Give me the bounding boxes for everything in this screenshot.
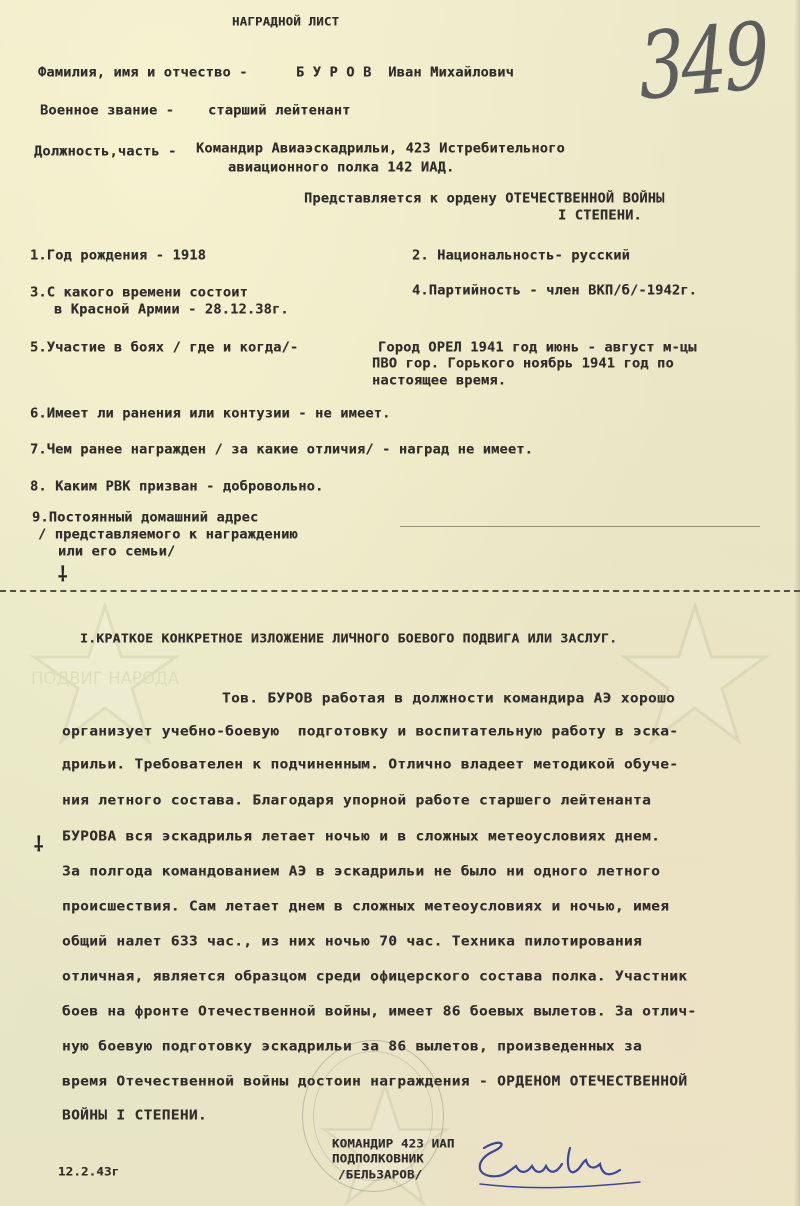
merits-line: ния летного состава. Благодаря упорной р… [62, 793, 651, 808]
award-sheet-page: ПОДВИГ НАРОДА НАГРАДНОЙ ЛИСТ 349 Фамилия… [0, 0, 800, 1206]
merits-line: ВОЙНЫ I СТЕПЕНИ. [62, 1108, 207, 1123]
position-value-line-1: Командир Авиаэскадрильи, 423 Истребитель… [196, 141, 565, 156]
merits-line: БУРОВА вся эскадрилья летает ночью и в с… [62, 829, 660, 844]
document-title: НАГРАДНОЙ ЛИСТ [232, 14, 339, 28]
merits-line: дрильи. Требователен к подчиненным. Отли… [62, 757, 678, 772]
merits-line: боев на фронте Отечественной войны, имее… [62, 1004, 696, 1019]
commander-title: КОМАНДИР 423 ИАП [332, 1136, 455, 1150]
position-label: Должность,часть - [34, 144, 177, 159]
award-nomination-line-2: I СТЕПЕНИ. [558, 208, 642, 223]
commander-name: /БЕЛЬЗАРОВ/ [338, 1167, 422, 1181]
merits-line: организует учебно-боевую подготовку и во… [62, 724, 678, 739]
field-home-address-line-3: или его семьи/ [58, 544, 175, 559]
full-name-value: Б У Р О В Иван Михайлович [296, 65, 514, 80]
signature [470, 1134, 650, 1194]
section-separator [0, 590, 800, 592]
svg-text:ПОДВИГ НАРОДА: ПОДВИГ НАРОДА [31, 669, 180, 688]
address-blank-line [400, 526, 760, 527]
rank-label: Военное звание - [40, 103, 174, 118]
page-edge-shadow [794, 0, 800, 1206]
field-birth-year: 1.Год рождения - 1918 [30, 248, 206, 263]
field-service-since-line-2: в Красной Армии - 28.12.38г. [54, 302, 289, 317]
field-home-address-line-2: / представляемого к награждению [38, 527, 298, 542]
rank-value: старший лейтенант [208, 103, 351, 118]
full-name-label: Фамилия, имя и отчество - [38, 65, 248, 80]
field-combat-participation-line-2: ПВО гор. Горького ноябрь 1941 год по [372, 356, 674, 371]
commander-rank: ПОДПОЛКОВНИК [332, 1151, 424, 1165]
field-nationality: 2. Национальность- русский [412, 248, 630, 263]
merits-line: общий налет 633 час., из них ночью 70 ча… [62, 934, 642, 949]
field-wounds: 6.Имеет ли ранения или контузии - не име… [30, 406, 391, 421]
field-conscription: 8. Каким РВК призван - добровольно. [30, 479, 323, 494]
document-date: 12.2.43г [58, 1164, 119, 1178]
field-previous-awards: 7.Чем ранее награжден / за какие отличия… [30, 442, 533, 457]
field-home-address-line-1: 9.Постоянный домашний адрес [32, 510, 258, 525]
margin-mark-icon: ⸸ [58, 560, 67, 587]
field-combat-participation-label: 5.Участие в боях / где и когда/- [30, 340, 298, 355]
field-combat-participation-line-1: Город ОРЕЛ 1941 год июнь - август м-цы [378, 340, 697, 355]
archive-number: 349 [636, 3, 769, 121]
merits-section-heading: I.КРАТКОЕ КОНКРЕТНОЕ ИЗЛОЖЕНИЕ ЛИЧНОГО Б… [80, 632, 617, 646]
merits-line: За полгода командованием АЭ в эскадрильи… [62, 864, 660, 879]
field-combat-participation-line-3: настоящее время. [372, 373, 506, 388]
margin-mark-icon: ⸸ [34, 830, 43, 857]
merits-line: Тов. БУРОВ работая в должности командира… [222, 691, 675, 706]
position-value-line-2: авиационного полка 142 ИАД. [228, 160, 454, 175]
merits-line: отличная, является образцом среди офицер… [62, 969, 687, 984]
field-service-since-line-1: 3.С какого времени состоит [30, 285, 248, 300]
merits-line: происшествия. Сам летает днем в сложных … [62, 899, 669, 914]
field-party-membership: 4.Партийность - член ВКП/б/-1942г. [412, 283, 697, 298]
award-nomination-line-1: Представляется к ордену ОТЕЧЕСТВЕННОЙ ВО… [304, 191, 665, 206]
